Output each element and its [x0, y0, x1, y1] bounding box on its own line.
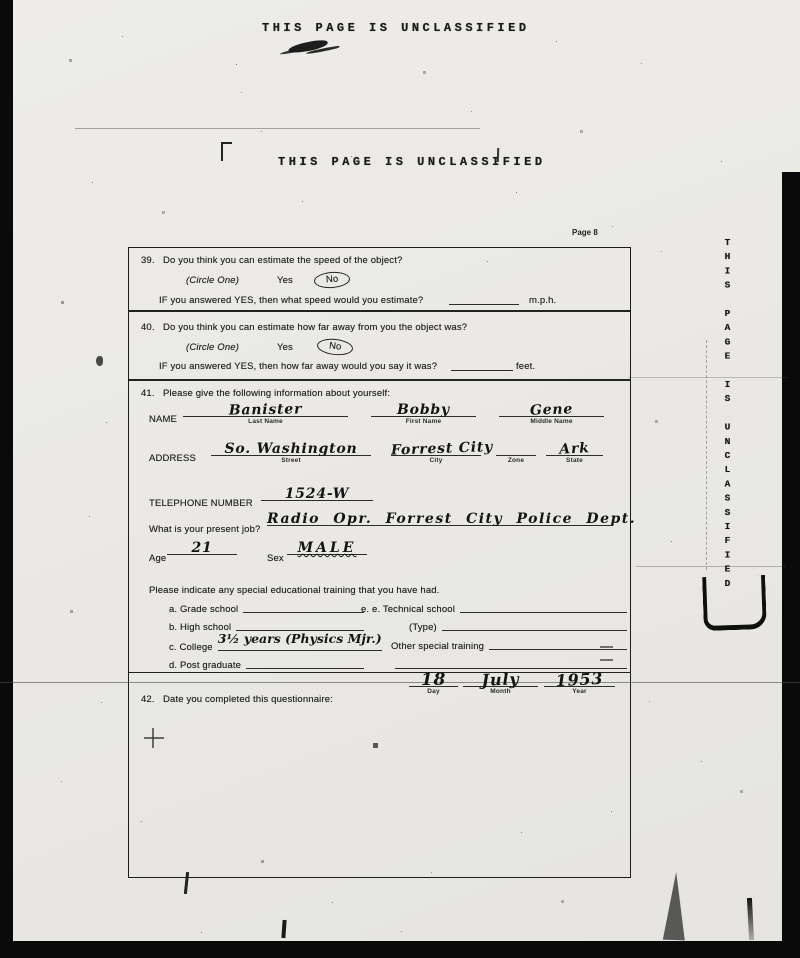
phone-field[interactable]: 1524-W	[261, 485, 373, 501]
crease-line	[636, 566, 786, 567]
sex-field[interactable]: MALE	[287, 539, 367, 555]
education-type-line	[442, 630, 627, 631]
job-label: What is your present job?	[149, 524, 260, 535]
q40-unit: feet.	[516, 361, 535, 372]
stray-blob	[96, 356, 103, 366]
age-field[interactable]: 21	[167, 539, 237, 555]
q42-question: Date you completed this questionnaire:	[163, 694, 333, 705]
date-year-value: 1953	[544, 669, 616, 691]
q39-question: Do you think you can estimate the speed …	[163, 255, 402, 266]
education-grade-line	[243, 612, 364, 613]
date-month-field[interactable]: July Month	[463, 671, 538, 695]
q40-no-option-circled[interactable]: No	[316, 337, 354, 357]
stamp-border-dashes	[706, 340, 707, 570]
education-college-row[interactable]: c. College 3½ years (Physics Mjr.)	[169, 636, 364, 653]
education-left-column: a. Grade school b. High school c. Colleg…	[169, 600, 364, 671]
address-city-value: Forrest City	[391, 438, 482, 459]
q39-yes-option[interactable]: Yes	[277, 275, 293, 286]
divider-q40-q41	[129, 379, 630, 381]
training-intro: Please indicate any special educational …	[149, 585, 440, 596]
education-grade-label: a. Grade school	[169, 604, 238, 615]
q40-followup: IF you answered YES, then how far away w…	[159, 361, 437, 372]
name-middle-value: Gene	[499, 399, 605, 421]
education-college-value: 3½ years (Physics Mjr.)	[218, 631, 382, 646]
bottom-smudge	[281, 920, 286, 938]
education-type-row[interactable]: (Type)	[361, 618, 627, 633]
crease-line	[628, 377, 788, 378]
address-zone-field[interactable]: Zone	[496, 440, 536, 464]
education-type-label: (Type)	[409, 622, 437, 633]
unclassified-stamp-middle: THIS PAGE IS UNCLASSIFIED	[278, 155, 546, 169]
age-label: Age	[149, 553, 166, 564]
address-city-field[interactable]: Forrest City City	[391, 440, 481, 464]
education-post-label: d. Post graduate	[169, 660, 241, 671]
bottom-smudge	[747, 898, 754, 940]
bottom-smudge-triangle	[663, 872, 687, 941]
phone-label: TELEPHONE NUMBER	[149, 498, 253, 509]
education-other-label: Other special training	[391, 641, 484, 652]
date-month-value: July	[463, 670, 539, 691]
education-grade-row[interactable]: a. Grade school	[169, 600, 364, 615]
job-value: Radio Opr. Forrest City Police Dept.	[267, 510, 613, 528]
date-day-field[interactable]: 18 Day	[409, 671, 458, 695]
address-street-value: So. Washington	[211, 440, 371, 458]
address-label: ADDRESS	[149, 453, 196, 464]
stamp-corner-mark	[221, 142, 232, 161]
name-label: NAME	[149, 414, 177, 425]
scan-edge-left	[0, 0, 13, 946]
unclassified-stamp-vertical: THIS PAGE IS UNCLASSIFIED	[722, 237, 733, 577]
date-year-field[interactable]: 1953 Year	[544, 671, 615, 695]
q41-question: Please give the following information ab…	[163, 388, 390, 399]
q40-question: Do you think you can estimate how far aw…	[163, 322, 467, 333]
job-field[interactable]: Radio Opr. Forrest City Police Dept.	[267, 510, 613, 526]
q40-yes-option[interactable]: Yes	[277, 342, 293, 353]
q39-number: 39.	[141, 255, 155, 266]
name-first-caption: First Name	[371, 418, 476, 425]
education-college-line: 3½ years (Physics Mjr.)	[218, 632, 382, 651]
address-state-value: Ark	[546, 439, 604, 460]
name-first-field[interactable]: Bobby First Name	[371, 401, 476, 425]
scan-edge-right	[782, 172, 800, 958]
stamp-bracket-mark	[702, 575, 767, 631]
scanned-document-page: THIS PAGE IS UNCLASSIFIED THIS PAGE IS U…	[0, 0, 800, 958]
q41-number: 41.	[141, 388, 155, 399]
education-other-row[interactable]: Other special training	[361, 637, 627, 652]
q39-circle-one-label: (Circle One)	[186, 275, 239, 286]
education-technical-row[interactable]: e. e. Technical school	[361, 600, 627, 615]
q39-answer-blank[interactable]	[449, 290, 519, 305]
name-middle-field[interactable]: Gene Middle Name	[499, 401, 604, 425]
unclassified-stamp-top: THIS PAGE IS UNCLASSIFIED	[262, 21, 530, 35]
page-number-label: Page 8	[572, 228, 598, 237]
education-college-label: c. College	[169, 642, 213, 653]
education-other-line	[489, 649, 627, 650]
q39-followup: IF you answered YES, then what speed wou…	[159, 295, 423, 306]
questionnaire-form-box: 39. Do you think you can estimate the sp…	[128, 247, 631, 878]
education-technical-label: e. e. Technical school	[361, 604, 455, 615]
address-state-field[interactable]: Ark State	[546, 440, 603, 464]
address-zone-caption: Zone	[496, 457, 536, 464]
scan-edge-bottom	[0, 941, 800, 958]
education-post-line	[246, 668, 364, 669]
ink-smudge	[288, 39, 329, 55]
q39-unit: m.p.h.	[529, 295, 556, 306]
education-right-column: e. e. Technical school (Type) Other spec…	[361, 600, 627, 671]
education-post-row[interactable]: d. Post graduate	[169, 656, 364, 671]
q40-answer-blank[interactable]	[451, 356, 513, 371]
name-last-value: Banister	[183, 400, 348, 421]
education-technical-line	[460, 612, 627, 613]
q40-circle-one-label: (Circle One)	[186, 342, 239, 353]
sex-label: Sex	[267, 553, 284, 564]
address-street-caption: Street	[211, 457, 371, 464]
sex-value: MALE	[287, 539, 367, 557]
q40-number: 40.	[141, 322, 155, 333]
address-street-field[interactable]: So. Washington Street	[211, 440, 371, 464]
q42-number: 42.	[141, 694, 155, 705]
date-day-caption: Day	[409, 688, 458, 695]
address-zone-line	[496, 455, 536, 456]
crease-line	[75, 128, 480, 129]
name-last-field[interactable]: Banister Last Name	[183, 401, 348, 425]
divider-q39-q40	[129, 310, 630, 312]
q39-no-option-circled[interactable]: No	[313, 271, 350, 290]
